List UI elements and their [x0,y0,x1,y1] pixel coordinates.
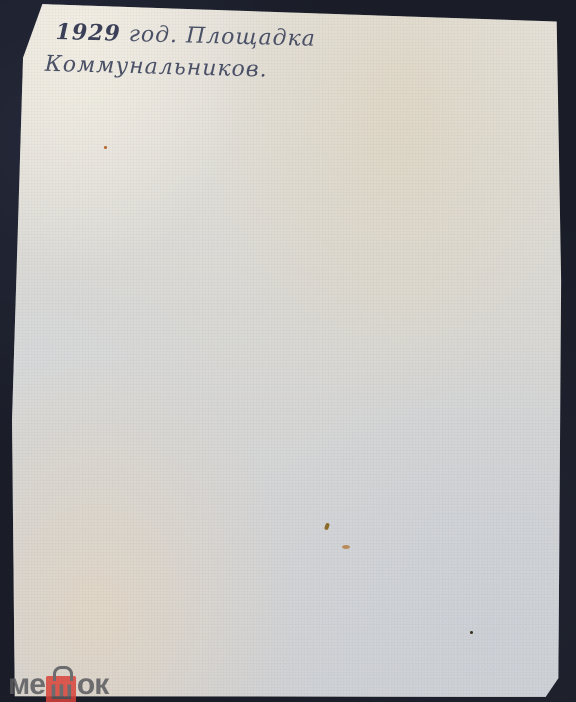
meshok-watermark: ме ш ок [8,674,108,702]
inscription-line1: год. Площадка [128,22,316,52]
stain-spot [342,545,350,549]
stain-spot [470,631,473,634]
photo-back-paper [12,2,565,699]
handwritten-inscription: 1929 год. Площадка Коммунальников. [54,16,416,90]
watermark-text-end: ок [77,668,108,702]
watermark-text-bag: ш [50,678,72,702]
ink-dot [104,146,107,149]
watermark-text-start: ме [8,668,45,702]
inscription-year: 1929 [55,19,121,47]
shopping-bag-icon: ш [46,676,76,702]
